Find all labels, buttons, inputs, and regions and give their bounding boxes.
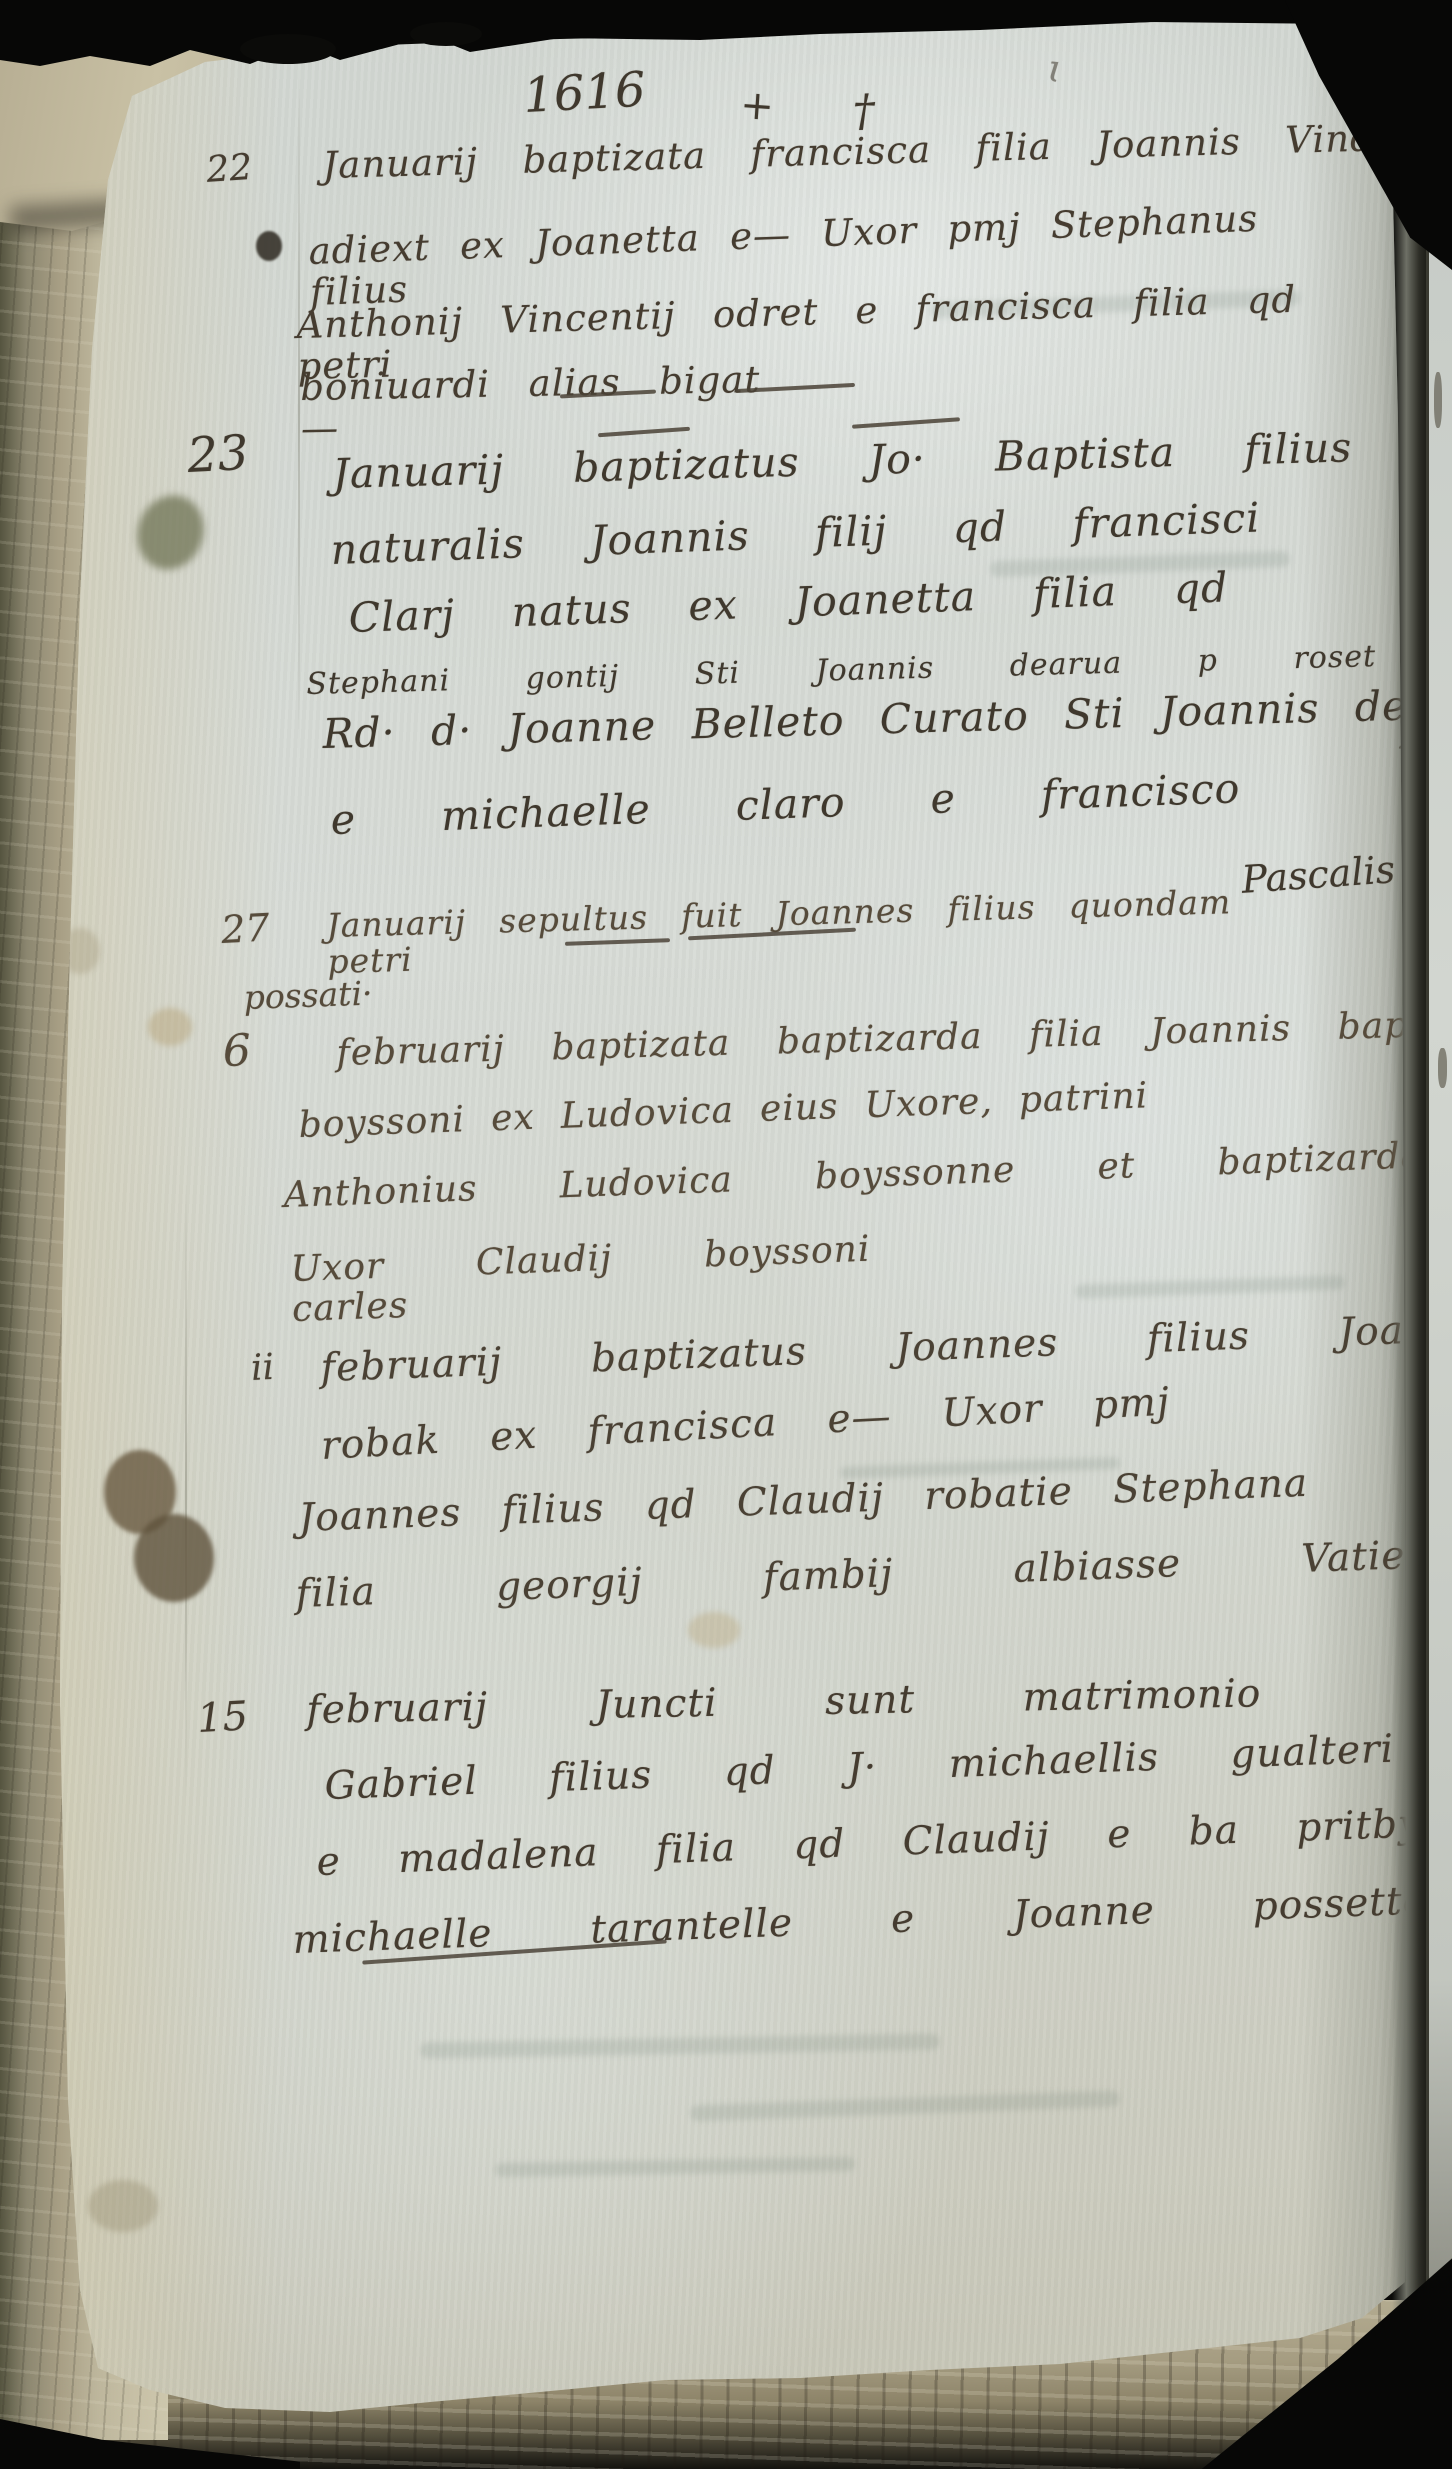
manuscript-photo: 1616 + † ɩ 22 Januarij baptizata francis… [0,0,1452,2469]
stain [88,2180,158,2232]
entry-number: 23 [186,425,250,484]
entry-number: 22 [205,147,254,191]
entry-number: 27 [220,905,271,951]
sliver-ink-mark [1434,372,1442,428]
paper-crease [185,1180,187,1800]
year-label: 1616 [522,62,647,124]
ink-blot [256,231,282,261]
page-fore-edge-shadow [1392,130,1428,2320]
next-page-sliver [1426,150,1452,2300]
sliver-ink-mark [1438,1048,1447,1088]
entry-22-line-4: boniuardi alias bigat — [300,360,761,449]
stain-dark [134,1514,214,1602]
torn-gap [410,22,482,46]
torn-gap [240,34,336,64]
manuscript-page: 1616 + † ɩ 22 Januarij baptizata francis… [0,0,1452,2469]
paper-crease [298,60,300,760]
stain [688,1612,740,1648]
cross-mark-icon: + [739,82,776,130]
stain [148,1008,192,1046]
entry-number: ii [250,1347,275,1389]
entry-number: 6 [222,1025,252,1077]
entry-number: 15 [196,1693,249,1742]
entry-27-line-2: possati· [243,974,373,1017]
